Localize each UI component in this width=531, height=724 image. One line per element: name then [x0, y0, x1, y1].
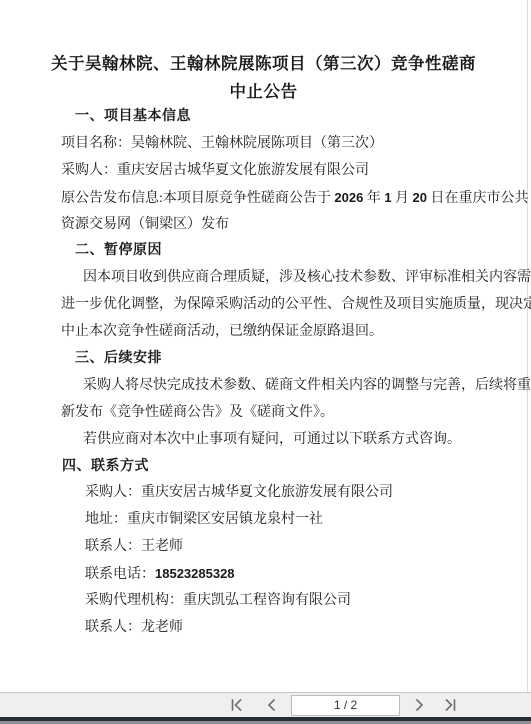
- document-line: 项目名称：吴翰林院、王翰林院展陈项目（第三次）: [61, 131, 527, 158]
- section-heading: 二、暂停原因: [75, 238, 527, 265]
- document-line: 联系电话：18523285328: [85, 561, 527, 588]
- document-line: 进一步优化调整，为保障采购活动的公平性、合规性及项目实施质量，现决定: [61, 292, 527, 319]
- notice-title-line: 关于吴翰林院、王翰林院展陈项目（第三次）竞争性磋商: [0, 50, 527, 78]
- document-line: 联系人：王老师: [85, 534, 527, 561]
- first-page-button[interactable]: [226, 695, 246, 715]
- section-heading: 一、项目基本信息: [75, 104, 527, 131]
- notice-title: 关于吴翰林院、王翰林院展陈项目（第三次）竞争性磋商 中止公告: [0, 50, 527, 106]
- document-line: 采购人：重庆安居古城华夏文化旅游发展有限公司: [61, 158, 527, 185]
- section-heading: 四、联系方式: [62, 454, 527, 481]
- document-viewer: 关于吴翰林院、王翰林院展陈项目（第三次）竞争性磋商 中止公告 一、项目基本信息项…: [0, 0, 531, 724]
- first-page-icon: [229, 698, 244, 712]
- document-line: 资源交易网（铜梁区）发布: [61, 212, 527, 239]
- notice-title-line: 中止公告: [0, 78, 527, 106]
- page-edge-line: [527, 0, 528, 692]
- document-line: 采购人：重庆安居古城华夏文化旅游发展有限公司: [85, 480, 527, 507]
- last-page-button[interactable]: [440, 695, 460, 715]
- document-line: 因本项目收到供应商合理质疑，涉及核心技术参数、评审标准相关内容需: [83, 265, 527, 292]
- document-line: 中止本次竞争性磋商活动，已缴纳保证金原路退回。: [61, 319, 527, 346]
- next-page-button[interactable]: [410, 695, 430, 715]
- document-line: 新发布《竞争性磋商公告》及《磋商文件》。: [61, 400, 527, 427]
- document-line: 采购人将尽快完成技术参数、磋商文件相关内容的调整与完善，后续将重: [83, 373, 527, 400]
- pagination-toolbar: 1 / 2: [0, 692, 531, 717]
- prev-page-icon: [265, 698, 277, 712]
- prev-page-button[interactable]: [261, 695, 281, 715]
- document-line: 若供应商对本次中止事项有疑问，可通过以下联系方式咨询。: [83, 427, 527, 454]
- section-heading: 三、后续安排: [75, 346, 527, 373]
- page-indicator[interactable]: 1 / 2: [291, 695, 400, 716]
- document-line: 采购代理机构：重庆凯弘工程咨询有限公司: [85, 588, 527, 615]
- document-line: 联系人：龙老师: [85, 615, 527, 642]
- next-page-icon: [414, 698, 426, 712]
- document-line: 地址：重庆市铜梁区安居镇龙泉村一社: [85, 507, 527, 534]
- document-body: 一、项目基本信息项目名称：吴翰林院、王翰林院展陈项目（第三次）采购人：重庆安居古…: [0, 104, 527, 642]
- last-page-icon: [443, 698, 458, 712]
- document-line: 原公告发布信息:本项目原竞争性磋商公告于 2026 年 1 月 20 日在重庆市…: [61, 185, 527, 212]
